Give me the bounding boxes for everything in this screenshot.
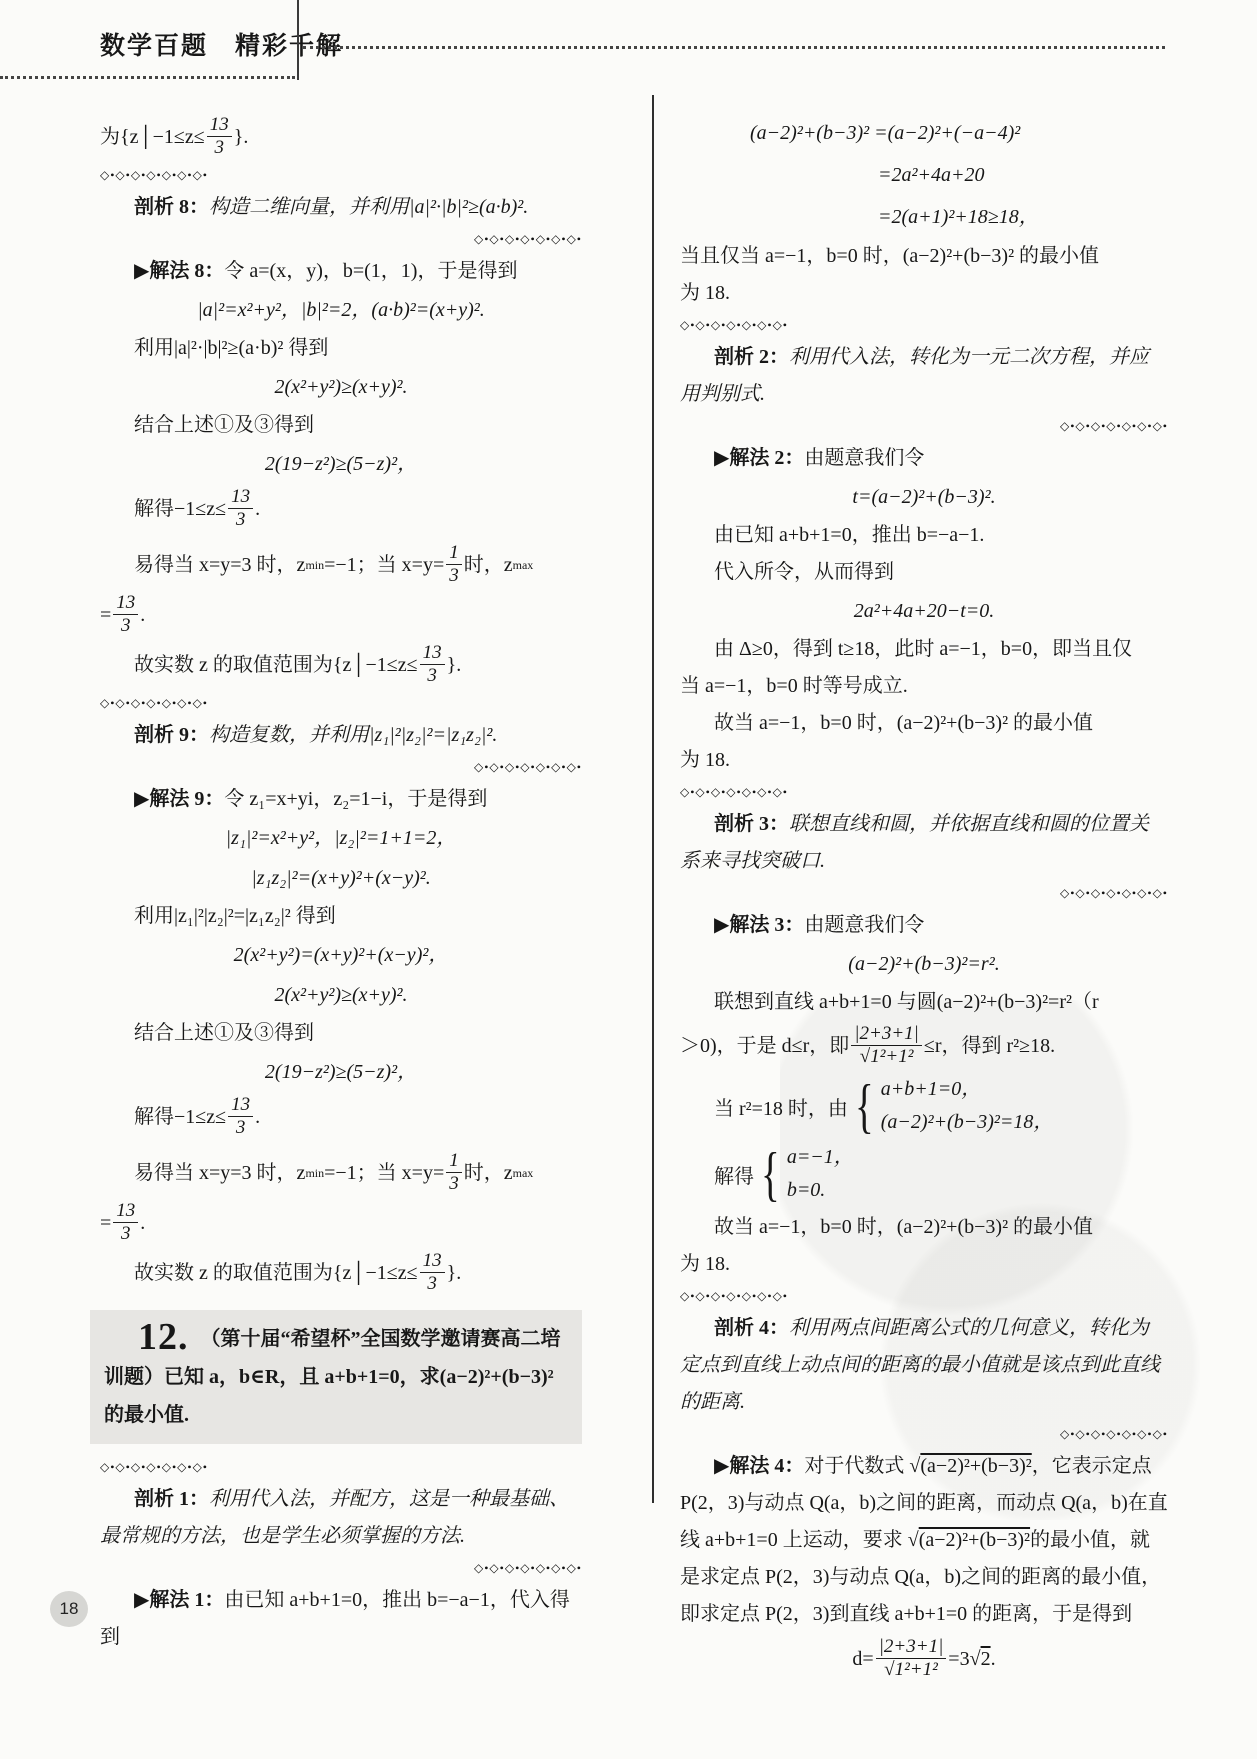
problem-number: 12. (138, 1316, 189, 1358)
system-row: a+b+1=0， (881, 1073, 1054, 1106)
text: }. (447, 1258, 462, 1288)
section-divider: ◇•◇•◇•◇•◇•◇•◇• (680, 1421, 1168, 1448)
fraction-13-3: 133 (113, 1200, 138, 1244)
text: =−1；当 x=y= (324, 1158, 444, 1188)
text-line: 结合上述①及③得到 (100, 407, 582, 444)
section-divider: ◇•◇•◇•◇•◇•◇•◇• (680, 312, 1168, 339)
denominator: √1²+1² (876, 1659, 947, 1680)
section-divider: ◇•◇•◇•◇•◇•◇•◇• (100, 690, 582, 717)
page-number-badge: 18 (50, 1591, 88, 1627)
analysis-9: 剖析 9：构造复数，并利用|z₁|²|z₂|²=|z₁z₂|². (100, 717, 582, 754)
text: 对于代数式 (804, 1455, 904, 1477)
solution-8-label: ▶解法 8： (134, 260, 224, 282)
text: . (140, 1208, 145, 1238)
text: = (100, 1208, 111, 1238)
denominator: √1²+1² (851, 1046, 922, 1067)
conclusion-line: 为 18. (680, 742, 1168, 779)
formula: =2(a+1)²+18≥18， (878, 196, 1168, 238)
text-line: 代入所令，从而得到 (680, 554, 1168, 591)
problem-12-box: 12.（第十届“希望杯”全国数学邀请赛高二培训题）已知 a，b∈R，且 a+b+… (90, 1310, 582, 1444)
text: ＞0)，于是 d≤r，即 (680, 1031, 849, 1061)
page-number: 18 (60, 1599, 79, 1619)
extrema-line: 易得当 x=y=3 时，zmin=−1；当 x=y=13时，zmax (100, 540, 582, 590)
formula: 2(x²+y²)≥(x+y)². (100, 367, 582, 407)
section-divider: ◇•◇•◇•◇•◇•◇•◇• (680, 413, 1168, 440)
subscript-min: min (305, 550, 324, 580)
text: 为{z│−1≤z≤ (100, 122, 205, 152)
analysis-4: 剖析 4：利用两点间距离公式的几何意义，转化为定点到直线上动点间的距离的最小值就… (680, 1310, 1168, 1421)
formula: 2a²+4a+20−t=0. (680, 591, 1168, 631)
left-brace: { (855, 1079, 874, 1133)
analysis-8-text: 构造二维向量，并利用|a|²·|b|²≥(a·b)². (209, 196, 528, 218)
analysis-1: 剖析 1：利用代入法，并配方，这是一种最基础、最常规的方法，也是学生必须掌握的方… (100, 1481, 582, 1555)
sqrt-symbol: √ (860, 1046, 870, 1067)
text: 易得当 x=y=3 时，z (134, 550, 305, 580)
formula: 2(19−z²)≥(5−z)²， (100, 444, 582, 484)
solution-4-paragraph: ▶解法 4：对于代数式 √(a−2)²+(b−3)²，它表示定点 P(2，3)与… (680, 1448, 1168, 1633)
fraction-13-3: 133 (420, 642, 445, 686)
distance-fraction: |2+3+1|√1²+1² (876, 1636, 947, 1680)
analysis-1-label: 剖析 1： (134, 1488, 209, 1510)
conclusion-line: 当且仅当 a=−1，b=0 时，(a−2)²+(b−3)² 的最小值 (680, 238, 1168, 275)
radicand: 2 (981, 1644, 991, 1674)
solution-8-intro: ▶解法 8：令 a=(x，y)，b=(1，1)，于是得到 (100, 253, 582, 290)
column-divider-rule (652, 95, 654, 1503)
sqrt-symbol: √ (884, 1659, 894, 1680)
equation-system-1: 当 r²=18 时，由 { a+b+1=0， (a−2)²+(b−3)²=18， (680, 1073, 1168, 1139)
fraction-13-3: 133 (113, 592, 138, 636)
formula: 2(19−z²)≥(5−z)²， (100, 1052, 582, 1092)
solution-1-intro: ▶解法 1：由已知 a+b+1=0，推出 b=−a−1，代入得到 (100, 1582, 582, 1656)
text: =−1；当 x=y= (324, 550, 444, 580)
right-column: (a−2)²+(b−3)² =(a−2)²+(−a−4)² =2a²+4a+20… (680, 112, 1168, 1685)
solution-2-label: ▶解法 2： (714, 447, 804, 469)
sqrt-symbol: √ (908, 1529, 919, 1551)
fraction-13-3: 133 (207, 114, 232, 158)
fraction-1-3: 13 (446, 1150, 462, 1194)
section-divider: ◇•◇•◇•◇•◇•◇•◇• (100, 1454, 582, 1481)
sqrt-symbol: √ (909, 1455, 920, 1477)
final-distance-formula: d=|2+3+1|√1²+1²=3√2. (680, 1633, 1168, 1685)
solution-3-label: ▶解法 3： (714, 914, 804, 936)
section-divider: ◇•◇•◇•◇•◇•◇•◇• (680, 880, 1168, 907)
text: }. (447, 650, 462, 680)
solve-line: 解得−1≤z≤133. (100, 484, 582, 534)
formula: 2(x²+y²)=(x+y)²+(x−y)²， (100, 935, 582, 975)
text: 易得当 x=y=3 时，z (134, 1158, 305, 1188)
system-row: (a−2)²+(b−3)²=18， (881, 1106, 1054, 1139)
formula: t=(a−2)²+(b−3)². (680, 477, 1168, 517)
solution-3-intro: ▶解法 3：由题意我们令 (680, 907, 1168, 944)
analysis-9-text: 构造复数，并利用|z₁|²|z₂|²=|z₁z₂|². (209, 724, 497, 746)
conclusion-line: 故当 a=−1，b=0 时，(a−2)²+(b−3)² 的最小值 (680, 1209, 1168, 1246)
formula: |z₁|²=x²+y²，|z₂|²=1+1=2， (100, 818, 582, 858)
formula: =2a²+4a+20 (878, 154, 1168, 196)
text: =3 (948, 1644, 969, 1674)
conclusion-line: 故当 a=−1，b=0 时，(a−2)²+(b−3)² 的最小值 (680, 705, 1168, 742)
text: 令 z₁=x+yi，z₂=1−i，于是得到 (224, 788, 487, 810)
section-divider: ◇•◇•◇•◇•◇•◇•◇• (100, 1555, 582, 1582)
system-row: a=−1， (787, 1141, 854, 1174)
section-divider: ◇•◇•◇•◇•◇•◇•◇• (100, 226, 582, 253)
distance-inequality-line: ＞0)，于是 d≤r，即|2+3+1|√1²+1²≤r，得到 r²≥18. (680, 1021, 1168, 1071)
subscript-min: min (305, 1158, 324, 1188)
text: . (991, 1644, 996, 1674)
text: 解得−1≤z≤ (134, 494, 226, 524)
text: d= (852, 1644, 873, 1674)
subscript-max: max (513, 1158, 534, 1188)
radical-expression: √(a−2)²+(b−3)² (908, 1529, 1030, 1551)
text: . (140, 600, 145, 630)
section-divider: ◇•◇•◇•◇•◇•◇•◇• (680, 779, 1168, 806)
text-line: 当 a=−1，b=0 时等号成立. (680, 668, 1168, 705)
header-dotted-rule-bottom (0, 76, 295, 79)
analysis-2-label: 剖析 2： (714, 346, 789, 368)
text: . (255, 494, 260, 524)
text-line: 由 Δ≥0，得到 t≥18，此时 a=−1，b=0，即当且仅 (680, 631, 1168, 668)
text: 时，z (464, 1158, 513, 1188)
solution-9-label: ▶解法 9： (134, 788, 224, 810)
text: 时，z (464, 550, 513, 580)
radicand: (a−2)²+(b−3)² (919, 1529, 1030, 1551)
solution-1-label: ▶解法 1： (134, 1589, 224, 1611)
analysis-9-label: 剖析 9： (134, 724, 209, 746)
text: ≤r，得到 r²≥18. (924, 1031, 1055, 1061)
equals-13-3-line: =133. (100, 590, 582, 640)
system-lead: 当 r²=18 时，由 (714, 1092, 848, 1121)
system-rows: a+b+1=0， (a−2)²+(b−3)²=18， (881, 1073, 1054, 1139)
formula: 2(x²+y²)≥(x+y)². (100, 975, 582, 1015)
analysis-4-label: 剖析 4： (714, 1317, 789, 1339)
formula: (a−2)²+(b−3)² =(a−2)²+(−a−4)² (750, 112, 1168, 154)
fraction-13-3: 133 (228, 1094, 253, 1138)
text: 由题意我们令 (804, 914, 924, 936)
section-divider: ◇•◇•◇•◇•◇•◇•◇• (100, 162, 582, 189)
conclusion-line: 为 18. (680, 275, 1168, 312)
text: 故实数 z 的取值范围为{z│−1≤z≤ (134, 1258, 418, 1288)
text: 由题意我们令 (804, 447, 924, 469)
range-conclusion-line: 故实数 z 的取值范围为{z│−1≤z≤133}. (100, 640, 582, 690)
conclusion-line: 为 18. (680, 1246, 1168, 1283)
radicand: (a−2)²+(b−3)² (920, 1455, 1031, 1477)
text-line: 联想到直线 a+b+1=0 与圆(a−2)²+(b−3)²=r²（r (680, 984, 1168, 1021)
text-line: 利用|z₁|²|z₂|²=|z₁z₂|² 得到 (100, 898, 582, 935)
formula: |z₁z₂|²=(x+y)²+(x−y)². (100, 858, 582, 898)
equals-13-3-line: =133. (100, 1198, 582, 1248)
text: . (255, 1102, 260, 1132)
analysis-2: 剖析 2：利用代入法，转化为一元二次方程，并应用判别式. (680, 339, 1168, 413)
text-line: 结合上述①及③得到 (100, 1015, 582, 1052)
formula: |a|²=x²+y²，|b|²=2，(a·b)²=(x+y)². (100, 290, 582, 330)
solution-9-intro: ▶解法 9：令 z₁=x+yi，z₂=1−i，于是得到 (100, 781, 582, 818)
radicand: 1²+1² (870, 1046, 913, 1067)
distance-fraction: |2+3+1|√1²+1² (851, 1023, 922, 1067)
extrema-line: 易得当 x=y=3 时，zmin=−1；当 x=y=13时，zmax (100, 1148, 582, 1198)
header-dotted-rule-right (303, 46, 1165, 49)
text: 故实数 z 的取值范围为{z│−1≤z≤ (134, 650, 418, 680)
text: = (100, 600, 111, 630)
solution-4-label: ▶解法 4： (714, 1455, 804, 1477)
range-conclusion-line: 故实数 z 的取值范围为{z│−1≤z≤133}. (100, 1248, 582, 1298)
analysis-3-label: 剖析 3： (714, 813, 789, 835)
analysis-3: 剖析 3：联想直线和圆，并依据直线和圆的位置关系来寻找突破口. (680, 806, 1168, 880)
section-divider: ◇•◇•◇•◇•◇•◇•◇• (680, 1283, 1168, 1310)
page-header-title: 数学百题 精彩千解 (100, 26, 343, 62)
book-page: 数学百题 精彩千解 为{z│−1≤z≤133}. ◇•◇•◇•◇•◇•◇•◇• … (0, 0, 1257, 1759)
radicand: 1²+1² (895, 1659, 938, 1680)
fraction-1-3: 13 (446, 542, 462, 586)
header-vertical-rule (297, 0, 299, 80)
section-divider: ◇•◇•◇•◇•◇•◇•◇• (100, 754, 582, 781)
text: 令 a=(x，y)，b=(1，1)，于是得到 (224, 260, 517, 282)
equation-system-2: 解得 { a=−1， b=0. (680, 1141, 1168, 1207)
system-lead: 解得 (714, 1160, 754, 1189)
formula: (a−2)²+(b−3)²=r². (680, 944, 1168, 984)
text-line: 利用|a|²·|b|²≥(a·b)² 得到 (100, 330, 582, 367)
system-rows: a=−1， b=0. (787, 1141, 854, 1207)
text-line: 由已知 a+b+1=0，推出 b=−a−1. (680, 517, 1168, 554)
solution-2-intro: ▶解法 2：由题意我们令 (680, 440, 1168, 477)
solve-line: 解得−1≤z≤133. (100, 1092, 582, 1142)
radical-expression: √(a−2)²+(b−3)² (909, 1455, 1031, 1477)
text: 解得−1≤z≤ (134, 1102, 226, 1132)
sqrt-symbol: √ (970, 1644, 981, 1674)
fraction-13-3: 133 (228, 486, 253, 530)
left-column: 为{z│−1≤z≤133}. ◇•◇•◇•◇•◇•◇•◇• 剖析 8：构造二维向… (100, 112, 582, 1656)
left-brace: { (761, 1147, 780, 1201)
analysis-8: 剖析 8：构造二维向量，并利用|a|²·|b|²≥(a·b)². (100, 189, 582, 226)
fraction-13-3: 133 (420, 1250, 445, 1294)
analysis-8-label: 剖析 8： (134, 196, 209, 218)
set-result-line: 为{z│−1≤z≤133}. (100, 112, 582, 162)
system-row: b=0. (787, 1174, 854, 1207)
subscript-max: max (513, 550, 534, 580)
text: }. (234, 122, 249, 152)
